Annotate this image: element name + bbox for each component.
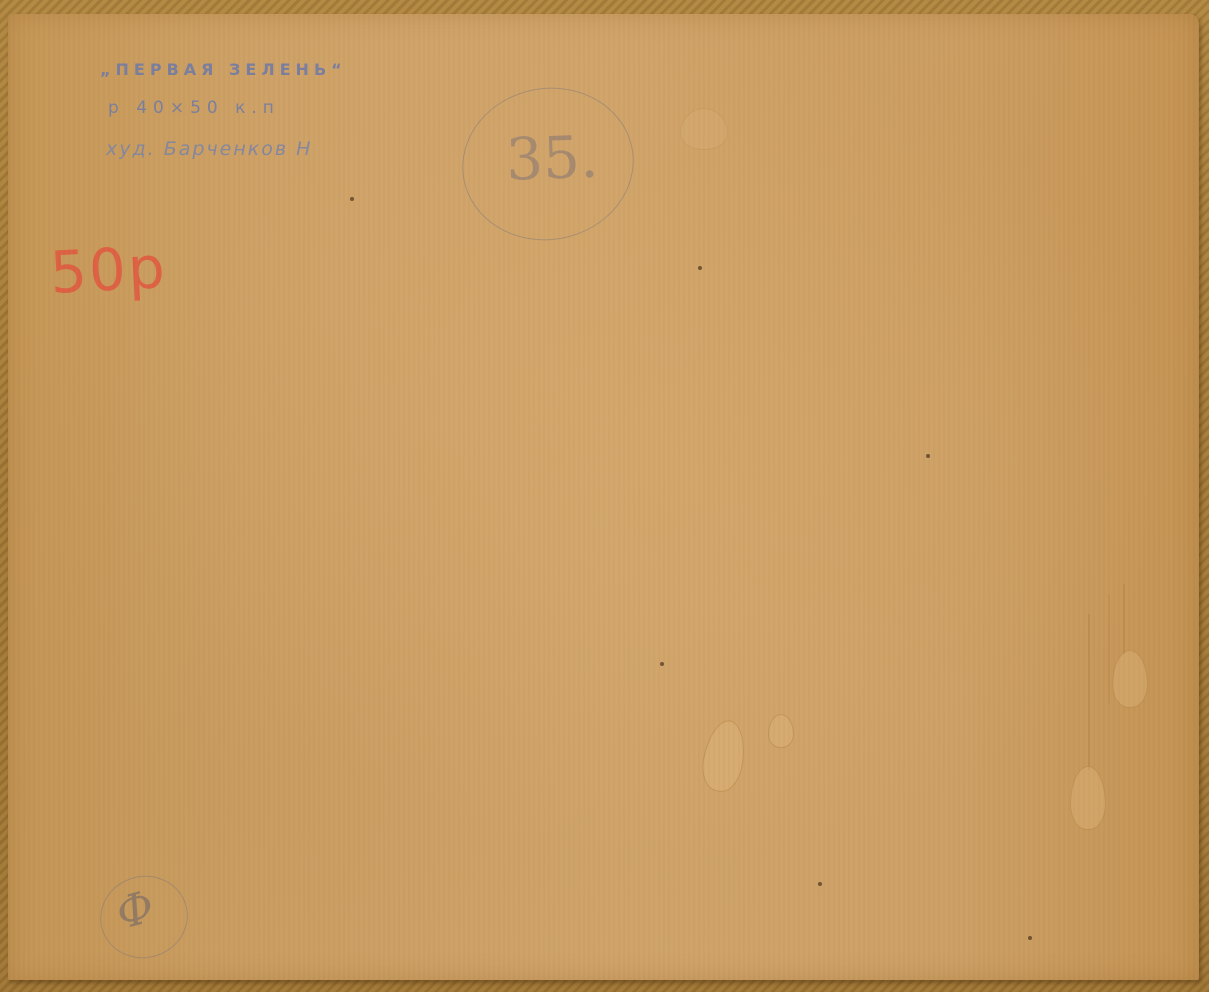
drip-trail (1108, 594, 1110, 704)
circled-pencil-initials: Ф (91, 866, 197, 968)
painting-back-board: „ПЕРВАЯ ЗЕЛЕНЬ“ р 40×50 к.п худ. Барченк… (8, 14, 1199, 980)
dirt-speck (660, 662, 664, 666)
dirt-speck (926, 454, 930, 458)
water-stain-center-right (768, 714, 794, 748)
inscription-size: р 40×50 к.п (108, 98, 280, 118)
circled-number-text: 35. (505, 123, 600, 194)
water-drip-right-upper (1112, 650, 1148, 708)
price-mark-red: 50р (48, 233, 168, 307)
dirt-speck (1028, 936, 1032, 940)
drip-trail (1123, 584, 1125, 654)
dirt-speck (818, 882, 822, 886)
circled-pencil-number: 35. (450, 74, 646, 254)
inscription-title: „ПЕРВАЯ ЗЕЛЕНЬ“ (100, 60, 347, 79)
faint-stain-top (680, 108, 728, 150)
water-drip-right-lower (1070, 766, 1106, 830)
inscription-artist: худ. Барченков Н (106, 138, 312, 160)
dirt-speck (350, 197, 354, 201)
drip-trail (1088, 614, 1090, 770)
water-stain-center-left (698, 717, 750, 795)
circled-initials-text: Ф (111, 881, 159, 940)
dirt-speck (698, 266, 702, 270)
